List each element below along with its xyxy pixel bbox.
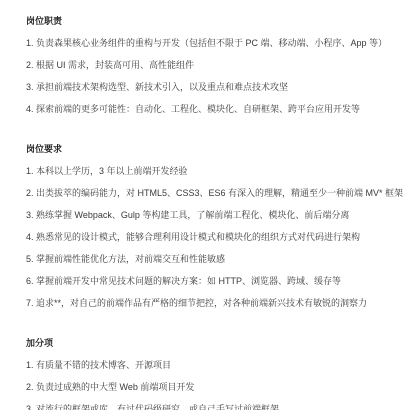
section-heading-job-responsibilities: 岗位职责	[26, 15, 406, 28]
list-item: 1. 本科以上学历，3 年以上前端开发经验	[26, 165, 406, 178]
section-heading-bonus-points: 加分项	[26, 337, 406, 350]
list-item: 2. 根据 UI 需求，封装高可用、高性能组件	[26, 59, 406, 72]
section-heading-job-requirements: 岗位要求	[26, 143, 406, 156]
list-item: 7. 追求**，对自己的前端作品有严格的细节把控，对各种前端新兴技术有敏锐的洞察…	[26, 297, 406, 310]
list-item: 2. 负责过成熟的中大型 Web 前端项目开发	[26, 381, 406, 394]
list-item: 4. 探索前端的更多可能性：自动化、工程化、模块化、自研框架、跨平台应用开发等	[26, 103, 406, 116]
list-item: 1. 有质量不错的技术博客、开源项目	[26, 359, 406, 372]
list-item: 3. 对流行的框架或库，有过代码级研究，或自己手写过前端框架	[26, 403, 406, 410]
section-job-responsibilities: 岗位职责 1. 负责森果核心业务组件的重构与开发（包括但不限于 PC 端、移动端…	[26, 15, 406, 116]
list-item: 2. 出类拔萃的编码能力，对 HTML5、CSS3、ES6 有深入的理解，精通至…	[26, 187, 406, 200]
list-item: 4. 熟悉常见的设计模式，能够合理利用设计模式和模块化的组织方式对代码进行架构	[26, 231, 406, 244]
list-item: 3. 承担前端技术架构选型、新技术引入，以及重点和难点技术攻坚	[26, 81, 406, 94]
list-item: 6. 掌握前端开发中常见技术问题的解决方案：如 HTTP、浏览器、跨域、缓存等	[26, 275, 406, 288]
list-item: 5. 掌握前端性能优化方法，对前端交互和性能敏感	[26, 253, 406, 266]
job-description-document: 岗位职责 1. 负责森果核心业务组件的重构与开发（包括但不限于 PC 端、移动端…	[0, 0, 410, 410]
list-item: 3. 熟练掌握 Webpack、Gulp 等构建工具，了解前端工程化、模块化、前…	[26, 209, 406, 222]
section-job-requirements: 岗位要求 1. 本科以上学历，3 年以上前端开发经验 2. 出类拔萃的编码能力，…	[26, 143, 406, 310]
list-item: 1. 负责森果核心业务组件的重构与开发（包括但不限于 PC 端、移动端、小程序、…	[26, 37, 406, 50]
section-bonus-points: 加分项 1. 有质量不错的技术博客、开源项目 2. 负责过成熟的中大型 Web …	[26, 337, 406, 410]
